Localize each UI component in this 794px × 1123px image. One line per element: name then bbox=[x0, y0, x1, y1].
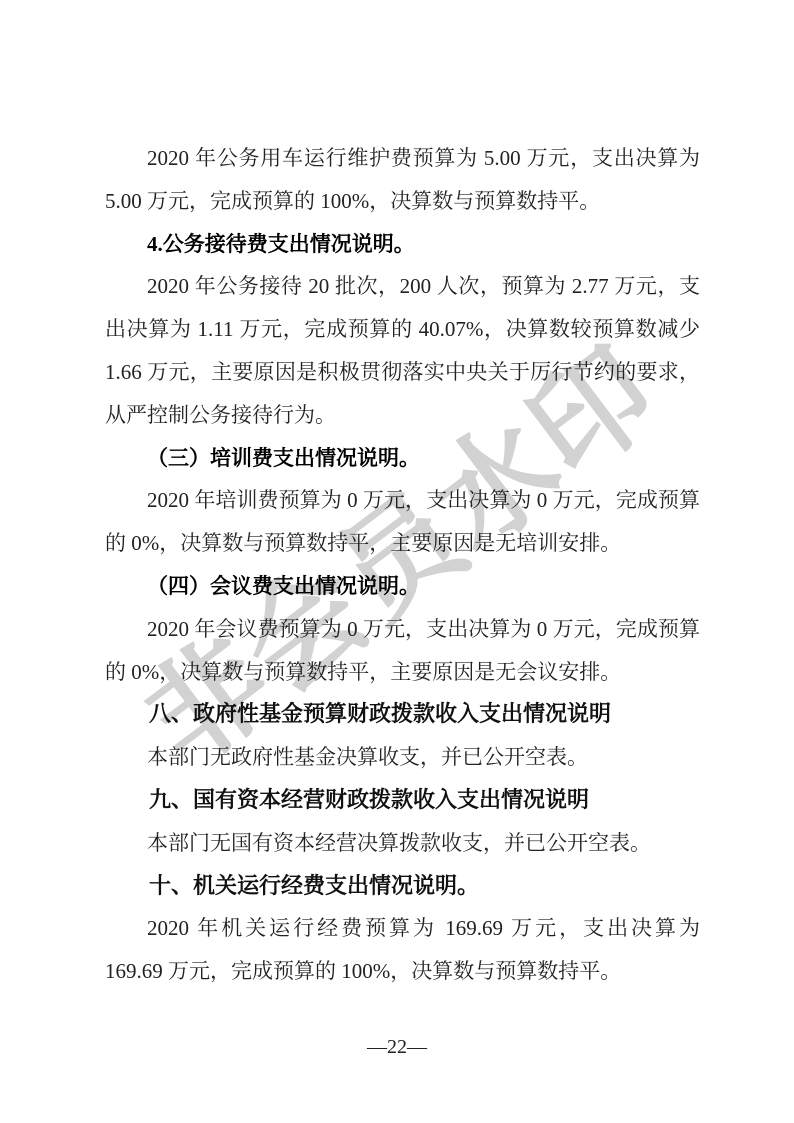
document-content: 2020 年公务用车运行维护费预算为 5.00 万元，支出决算为 5.00 万元… bbox=[105, 137, 700, 993]
page-number: —22— bbox=[367, 1036, 427, 1058]
para-official-vehicle-expense: 2020 年公务用车运行维护费预算为 5.00 万元，支出决算为 5.00 万元… bbox=[105, 137, 700, 223]
para-training-fee-detail: 2020 年培训费预算为 0 万元，支出决算为 0 万元，完成预算的 0%，决算… bbox=[105, 479, 700, 565]
para-official-reception-detail: 2020 年公务接待 20 批次，200 人次，预算为 2.77 万元，支出决算… bbox=[105, 265, 700, 436]
heading-training-fee: （三）培训费支出情况说明。 bbox=[105, 437, 700, 480]
heading-meeting-fee: （四）会议费支出情况说明。 bbox=[105, 565, 700, 608]
para-state-capital-note: 本部门无国有资本经营决算拨款收支，并已公开空表。 bbox=[105, 822, 700, 865]
para-meeting-fee-detail: 2020 年会议费预算为 0 万元，支出决算为 0 万元，完成预算的 0%，决算… bbox=[105, 608, 700, 694]
para-agency-operating-detail: 2020 年机关运行经费预算为 169.69 万元，支出决算为 169.69 万… bbox=[105, 907, 700, 993]
para-govt-fund-note: 本部门无政府性基金决算收支，并已公开空表。 bbox=[105, 736, 700, 779]
heading-official-reception: 4.公务接待费支出情况说明。 bbox=[105, 223, 700, 266]
page-footer: —22— bbox=[0, 1036, 794, 1059]
document-page: 非会员水印 2020 年公务用车运行维护费预算为 5.00 万元，支出决算为 5… bbox=[0, 0, 794, 1123]
heading-agency-operating-expense: 十、机关运行经费支出情况说明。 bbox=[105, 865, 700, 908]
heading-state-capital-budget: 九、国有资本经营财政拨款收入支出情况说明 bbox=[105, 779, 700, 822]
heading-govt-fund-budget: 八、政府性基金预算财政拨款收入支出情况说明 bbox=[105, 693, 700, 736]
